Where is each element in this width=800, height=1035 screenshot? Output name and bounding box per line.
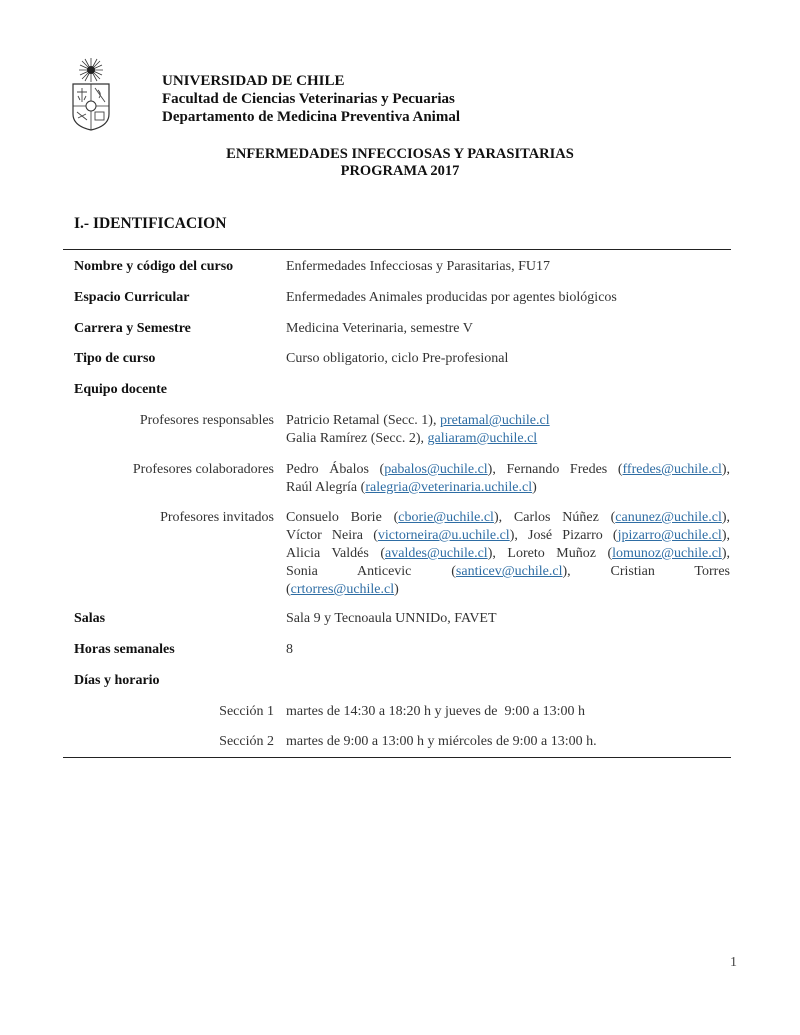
- member-entry: Patricio Retamal (Secc. 1), pretamal@uch…: [286, 412, 730, 430]
- member-name: José Pizarro: [528, 528, 603, 543]
- member-name: Loreto Muñoz: [507, 546, 596, 561]
- email-link[interactable]: santicev@uchile.cl: [456, 564, 563, 579]
- university-name: UNIVERSIDAD DE CHILE: [162, 72, 460, 90]
- email-link[interactable]: cborie@uchile.cl: [398, 510, 494, 525]
- member-line: Sonia Anticevic (santicev@uchile.cl), Cr…: [286, 563, 730, 581]
- email-link[interactable]: canunez@uchile.cl: [615, 510, 722, 525]
- member-entry: Galia Ramírez (Secc. 2), galiaram@uchile…: [286, 430, 730, 448]
- member-name: Patricio Retamal (Secc. 1),: [286, 413, 440, 428]
- member-line: Pedro Ábalos (pabalos@uchile.cl), Fernan…: [286, 461, 730, 479]
- email-link[interactable]: pabalos@uchile.cl: [384, 462, 487, 477]
- team-members: Pedro Ábalos (pabalos@uchile.cl), Fernan…: [286, 461, 730, 497]
- member-name: Pedro Ábalos: [286, 462, 369, 477]
- row-value: Enfermedades Infecciosas y Parasitarias,…: [286, 258, 730, 276]
- member-name: Alicia Valdés: [286, 546, 369, 561]
- faculty-name: Facultad de Ciencias Veterinarias y Pecu…: [162, 90, 460, 108]
- member-name: Fernando Fredes: [506, 462, 607, 477]
- team-members: Patricio Retamal (Secc. 1), pretamal@uch…: [286, 412, 730, 448]
- row-label: Equipo docente: [74, 381, 167, 399]
- row-value: Medicina Veterinaria, semestre V: [286, 320, 730, 338]
- member-line: Consuelo Borie (cborie@uchile.cl), Carlo…: [286, 509, 730, 527]
- section-heading: I.- IDENTIFICACION: [74, 215, 226, 233]
- document-title: ENFERMEDADES INFECCIOSAS Y PARASITARIAS …: [0, 146, 800, 180]
- course-title: ENFERMEDADES INFECCIOSAS Y PARASITARIAS: [0, 146, 800, 163]
- schedule-value: martes de 9:00 a 13:00 h y miércoles de …: [286, 733, 730, 751]
- team-label: Profesores invitados: [160, 509, 274, 527]
- program-year: PROGRAMA 2017: [0, 163, 800, 180]
- row-value: 8: [286, 641, 730, 659]
- row-label: Días y horario: [74, 672, 160, 690]
- member-name: Carlos Núñez: [514, 510, 599, 525]
- schedule-value: martes de 14:30 a 18:20 h y jueves de 9:…: [286, 703, 730, 721]
- row-value: Curso obligatorio, ciclo Pre-profesional: [286, 350, 730, 368]
- schedule-label: Sección 1: [219, 703, 274, 721]
- schedule-label: Sección 2: [219, 733, 274, 751]
- member-name: Consuelo Borie: [286, 510, 382, 525]
- email-link[interactable]: crtorres@uchile.cl: [291, 582, 394, 597]
- department-name: Departamento de Medicina Preventiva Anim…: [162, 108, 460, 126]
- row-label: Nombre y código del curso: [74, 258, 233, 276]
- member-name: Raúl Alegría: [286, 480, 357, 495]
- row-label: Espacio Curricular: [74, 289, 190, 307]
- row-label: Tipo de curso: [74, 350, 155, 368]
- table-top-rule: [63, 249, 731, 250]
- email-link[interactable]: pretamal@uchile.cl: [440, 413, 550, 428]
- member-name: Víctor Neira: [286, 528, 363, 543]
- member-name: Galia Ramírez (Secc. 2),: [286, 431, 428, 446]
- member-line: Raúl Alegría (ralegria@veterinaria.uchil…: [286, 479, 730, 497]
- email-link[interactable]: avaldes@uchile.cl: [385, 546, 488, 561]
- email-link[interactable]: jpizarro@uchile.cl: [618, 528, 722, 543]
- row-value: Enfermedades Animales producidas por age…: [286, 289, 730, 307]
- member-line: (crtorres@uchile.cl): [286, 581, 730, 599]
- row-value: Sala 9 y Tecnoaula UNNIDo, FAVET: [286, 610, 730, 628]
- email-link[interactable]: ffredes@uchile.cl: [623, 462, 722, 477]
- team-label: Profesores colaboradores: [133, 461, 274, 479]
- page-number: 1: [730, 955, 737, 971]
- member-name: Sonia Anticevic: [286, 564, 411, 579]
- team-label: Profesores responsables: [140, 412, 274, 430]
- email-link[interactable]: lomunoz@uchile.cl: [612, 546, 722, 561]
- member-line: Alicia Valdés (avaldes@uchile.cl), Loret…: [286, 545, 730, 563]
- member-line: Víctor Neira (victorneira@u.uchile.cl), …: [286, 527, 730, 545]
- row-label: Horas semanales: [74, 641, 175, 659]
- team-members: Consuelo Borie (cborie@uchile.cl), Carlo…: [286, 509, 730, 599]
- row-label: Salas: [74, 610, 105, 628]
- row-label: Carrera y Semestre: [74, 320, 191, 338]
- email-link[interactable]: victorneira@u.uchile.cl: [378, 528, 510, 543]
- email-link[interactable]: ralegria@veterinaria.uchile.cl: [365, 480, 532, 495]
- university-crest-icon: [68, 56, 114, 132]
- institution-header: UNIVERSIDAD DE CHILE Facultad de Ciencia…: [162, 72, 460, 126]
- table-bottom-rule: [63, 757, 731, 758]
- email-link[interactable]: galiaram@uchile.cl: [428, 431, 538, 446]
- member-name: Cristian Torres: [611, 564, 731, 579]
